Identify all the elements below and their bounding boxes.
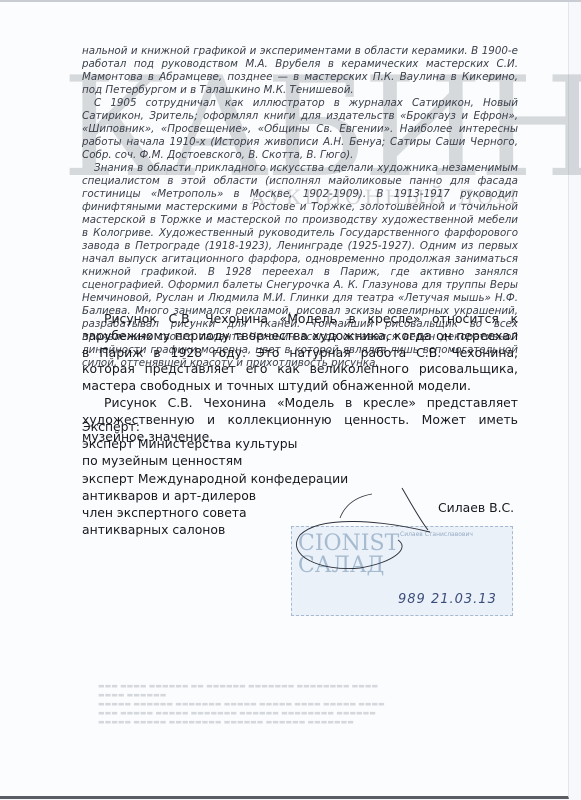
expert-line: эксперт Министерства культуры <box>82 435 518 452</box>
stamp-logo: CIONIST САЛАД <box>298 533 399 577</box>
conclusion-paragraph: Рисунок С.В. Чехонина «Модель в кресле» … <box>82 311 518 395</box>
biography-paragraph: С 1905 сотрудничал как иллюстратор в жур… <box>82 97 518 162</box>
expert-heading: Эксперт: <box>82 418 518 435</box>
biography-paragraph: нальной и книжной графикой и эксперимент… <box>82 45 518 97</box>
scan-top-edge <box>0 0 581 2</box>
expert-credentials: Эксперт: эксперт Министерства культуры п… <box>82 418 518 538</box>
bleed-through-text: ▬▬▬ ▬▬▬▬ ▬▬▬▬▬▬ ▬▬ ▬▬▬▬▬▬ ▬▬▬▬▬▬▬ ▬▬▬▬▬▬… <box>98 682 488 727</box>
expert-name: Силаев В.С. <box>438 500 514 515</box>
stamp-holder: Силаев Станиславович <box>400 531 508 538</box>
stamp-number-date: 989 21.03.13 <box>398 592 497 607</box>
document-page: КАБИНЕТЪ АУКЦИОННЫЙ ДОМ нальной и книжно… <box>0 0 569 799</box>
expert-line: эксперт Международной конфедерации <box>82 470 518 487</box>
expert-line: по музейным ценностям <box>82 452 518 469</box>
